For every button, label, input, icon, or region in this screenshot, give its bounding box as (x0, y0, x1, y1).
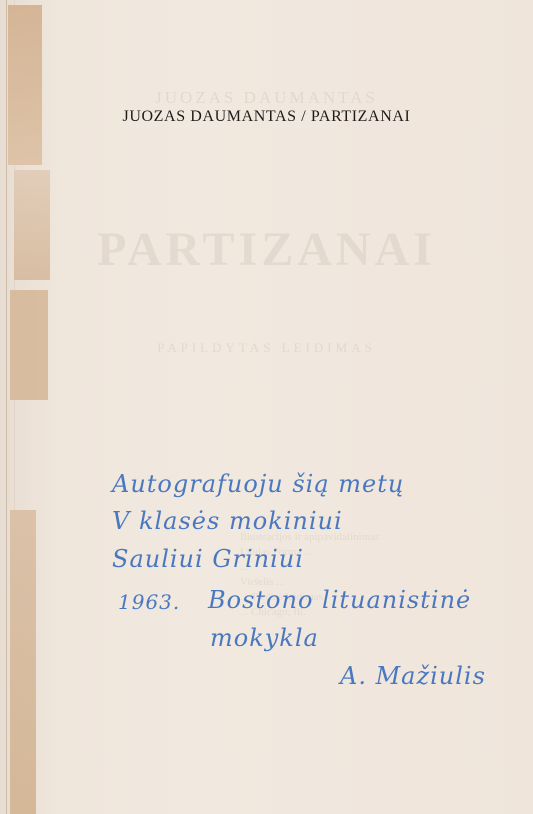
running-head-title: JUOZAS DAUMANTAS / PARTIZANAI (0, 108, 533, 126)
inscription-line: Autografuoju šią metų (112, 470, 404, 498)
show-through-publisher: PAPILDYTAS LEIDIMAS (0, 340, 533, 356)
show-through-author: JUOZAS DAUMANTAS (0, 88, 533, 108)
show-through-title: PARTIZANAI (0, 222, 533, 277)
inscription-line: V klasės mokiniui (112, 507, 343, 535)
book-page: JUOZAS DAUMANTAS PARTIZANAI PAPILDYTAS L… (0, 0, 533, 814)
inscription-line: mokykla (210, 624, 319, 652)
inscription-line: Sauliui Griniui (112, 545, 304, 573)
tape-strip (10, 510, 36, 814)
inscription-signature: A. Mažiulis (340, 662, 486, 690)
inscription-year: 1963. (118, 590, 180, 614)
tape-strip (8, 5, 42, 165)
inscription-line: Bostono lituanistinė (208, 586, 471, 614)
